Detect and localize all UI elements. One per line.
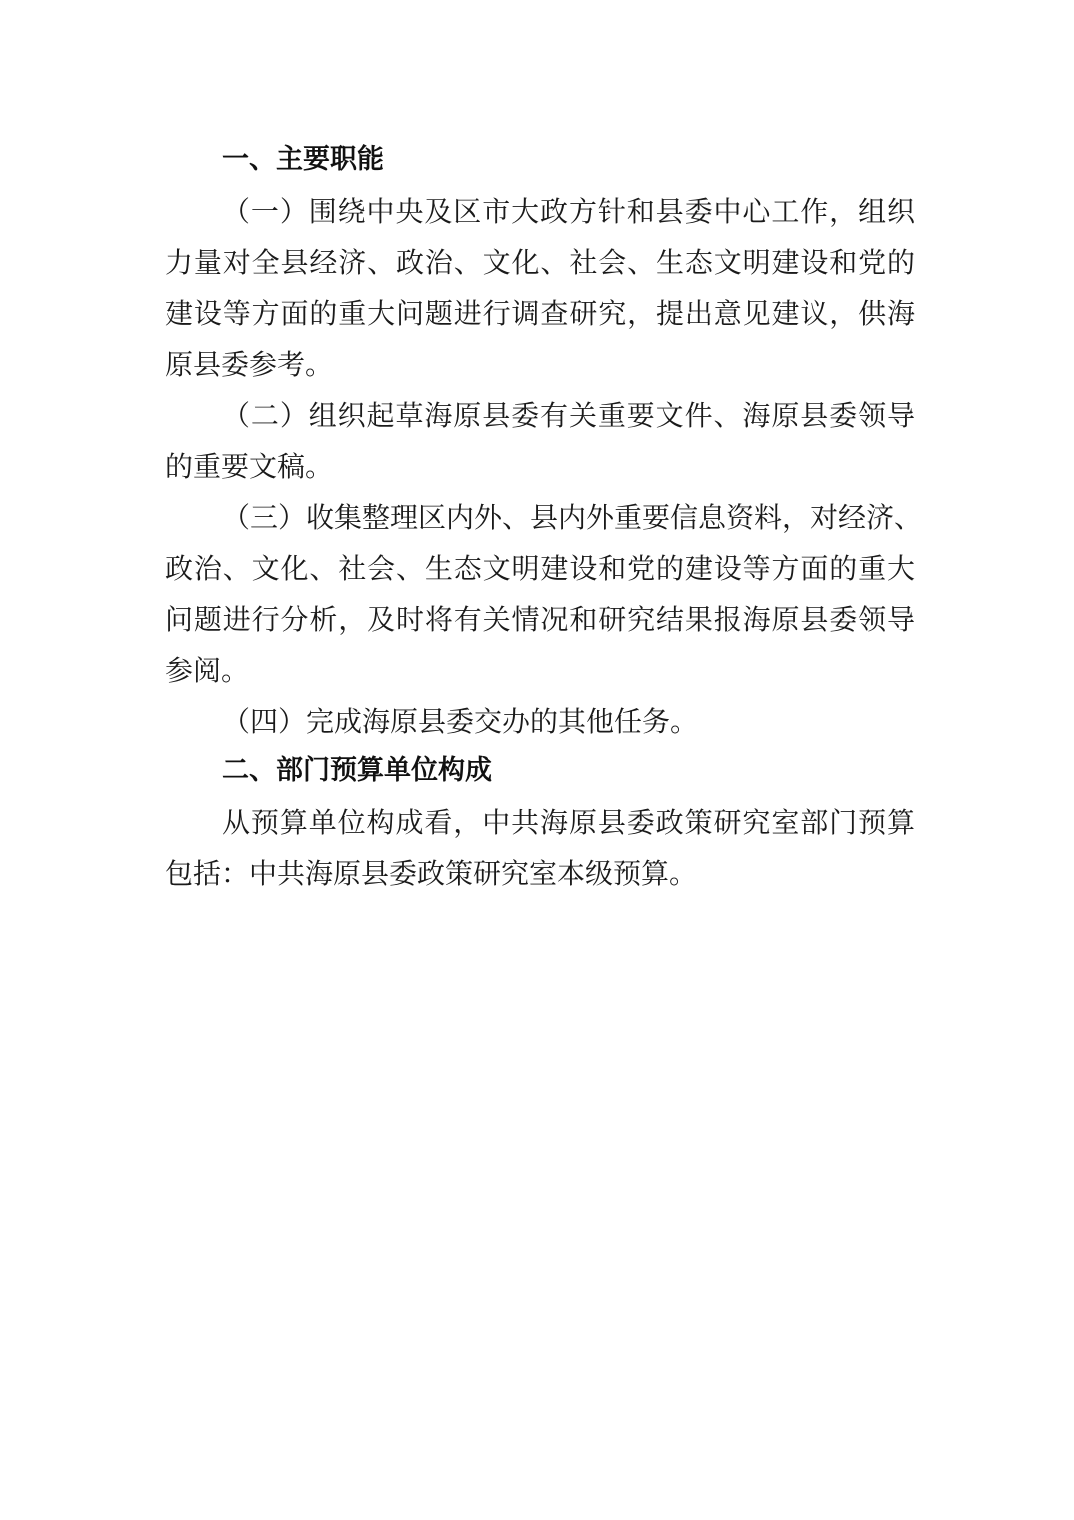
paragraph-line: 原县委参考。	[165, 345, 915, 385]
paragraph-line: 参阅。	[165, 651, 915, 691]
paragraph-line: 力量对全县经济、政治、文化、社会、生态文明建设和党的	[165, 243, 915, 283]
paragraph-line: （一）围绕中央及区市大政方针和县委中心工作，组织	[222, 192, 915, 232]
document-page: 一、主要职能 （一）围绕中央及区市大政方针和县委中心工作，组织 力量对全县经济、…	[0, 0, 1074, 1520]
paragraph-line: 建设等方面的重大问题进行调查研究，提出意见建议，供海	[165, 294, 915, 334]
section-heading-main-functions: 一、主要职能	[222, 140, 384, 180]
paragraph-line: 从预算单位构成看，中共海原县委政策研究室部门预算	[222, 803, 915, 843]
paragraph-line: 政治、文化、社会、生态文明建设和党的建设等方面的重大	[165, 549, 915, 589]
paragraph-line: （三）收集整理区内外、县内外重要信息资料，对经济、	[222, 498, 915, 538]
paragraph-line: 问题进行分析，及时将有关情况和研究结果报海原县委领导	[165, 600, 915, 640]
section-heading-budget-units: 二、部门预算单位构成	[222, 751, 492, 791]
paragraph-line: （四）完成海原县委交办的其他任务。	[222, 702, 915, 742]
paragraph-line: 的重要文稿。	[165, 447, 915, 487]
paragraph-line: 包括：中共海原县委政策研究室本级预算。	[165, 854, 915, 894]
paragraph-line: （二）组织起草海原县委有关重要文件、海原县委领导	[222, 396, 915, 436]
